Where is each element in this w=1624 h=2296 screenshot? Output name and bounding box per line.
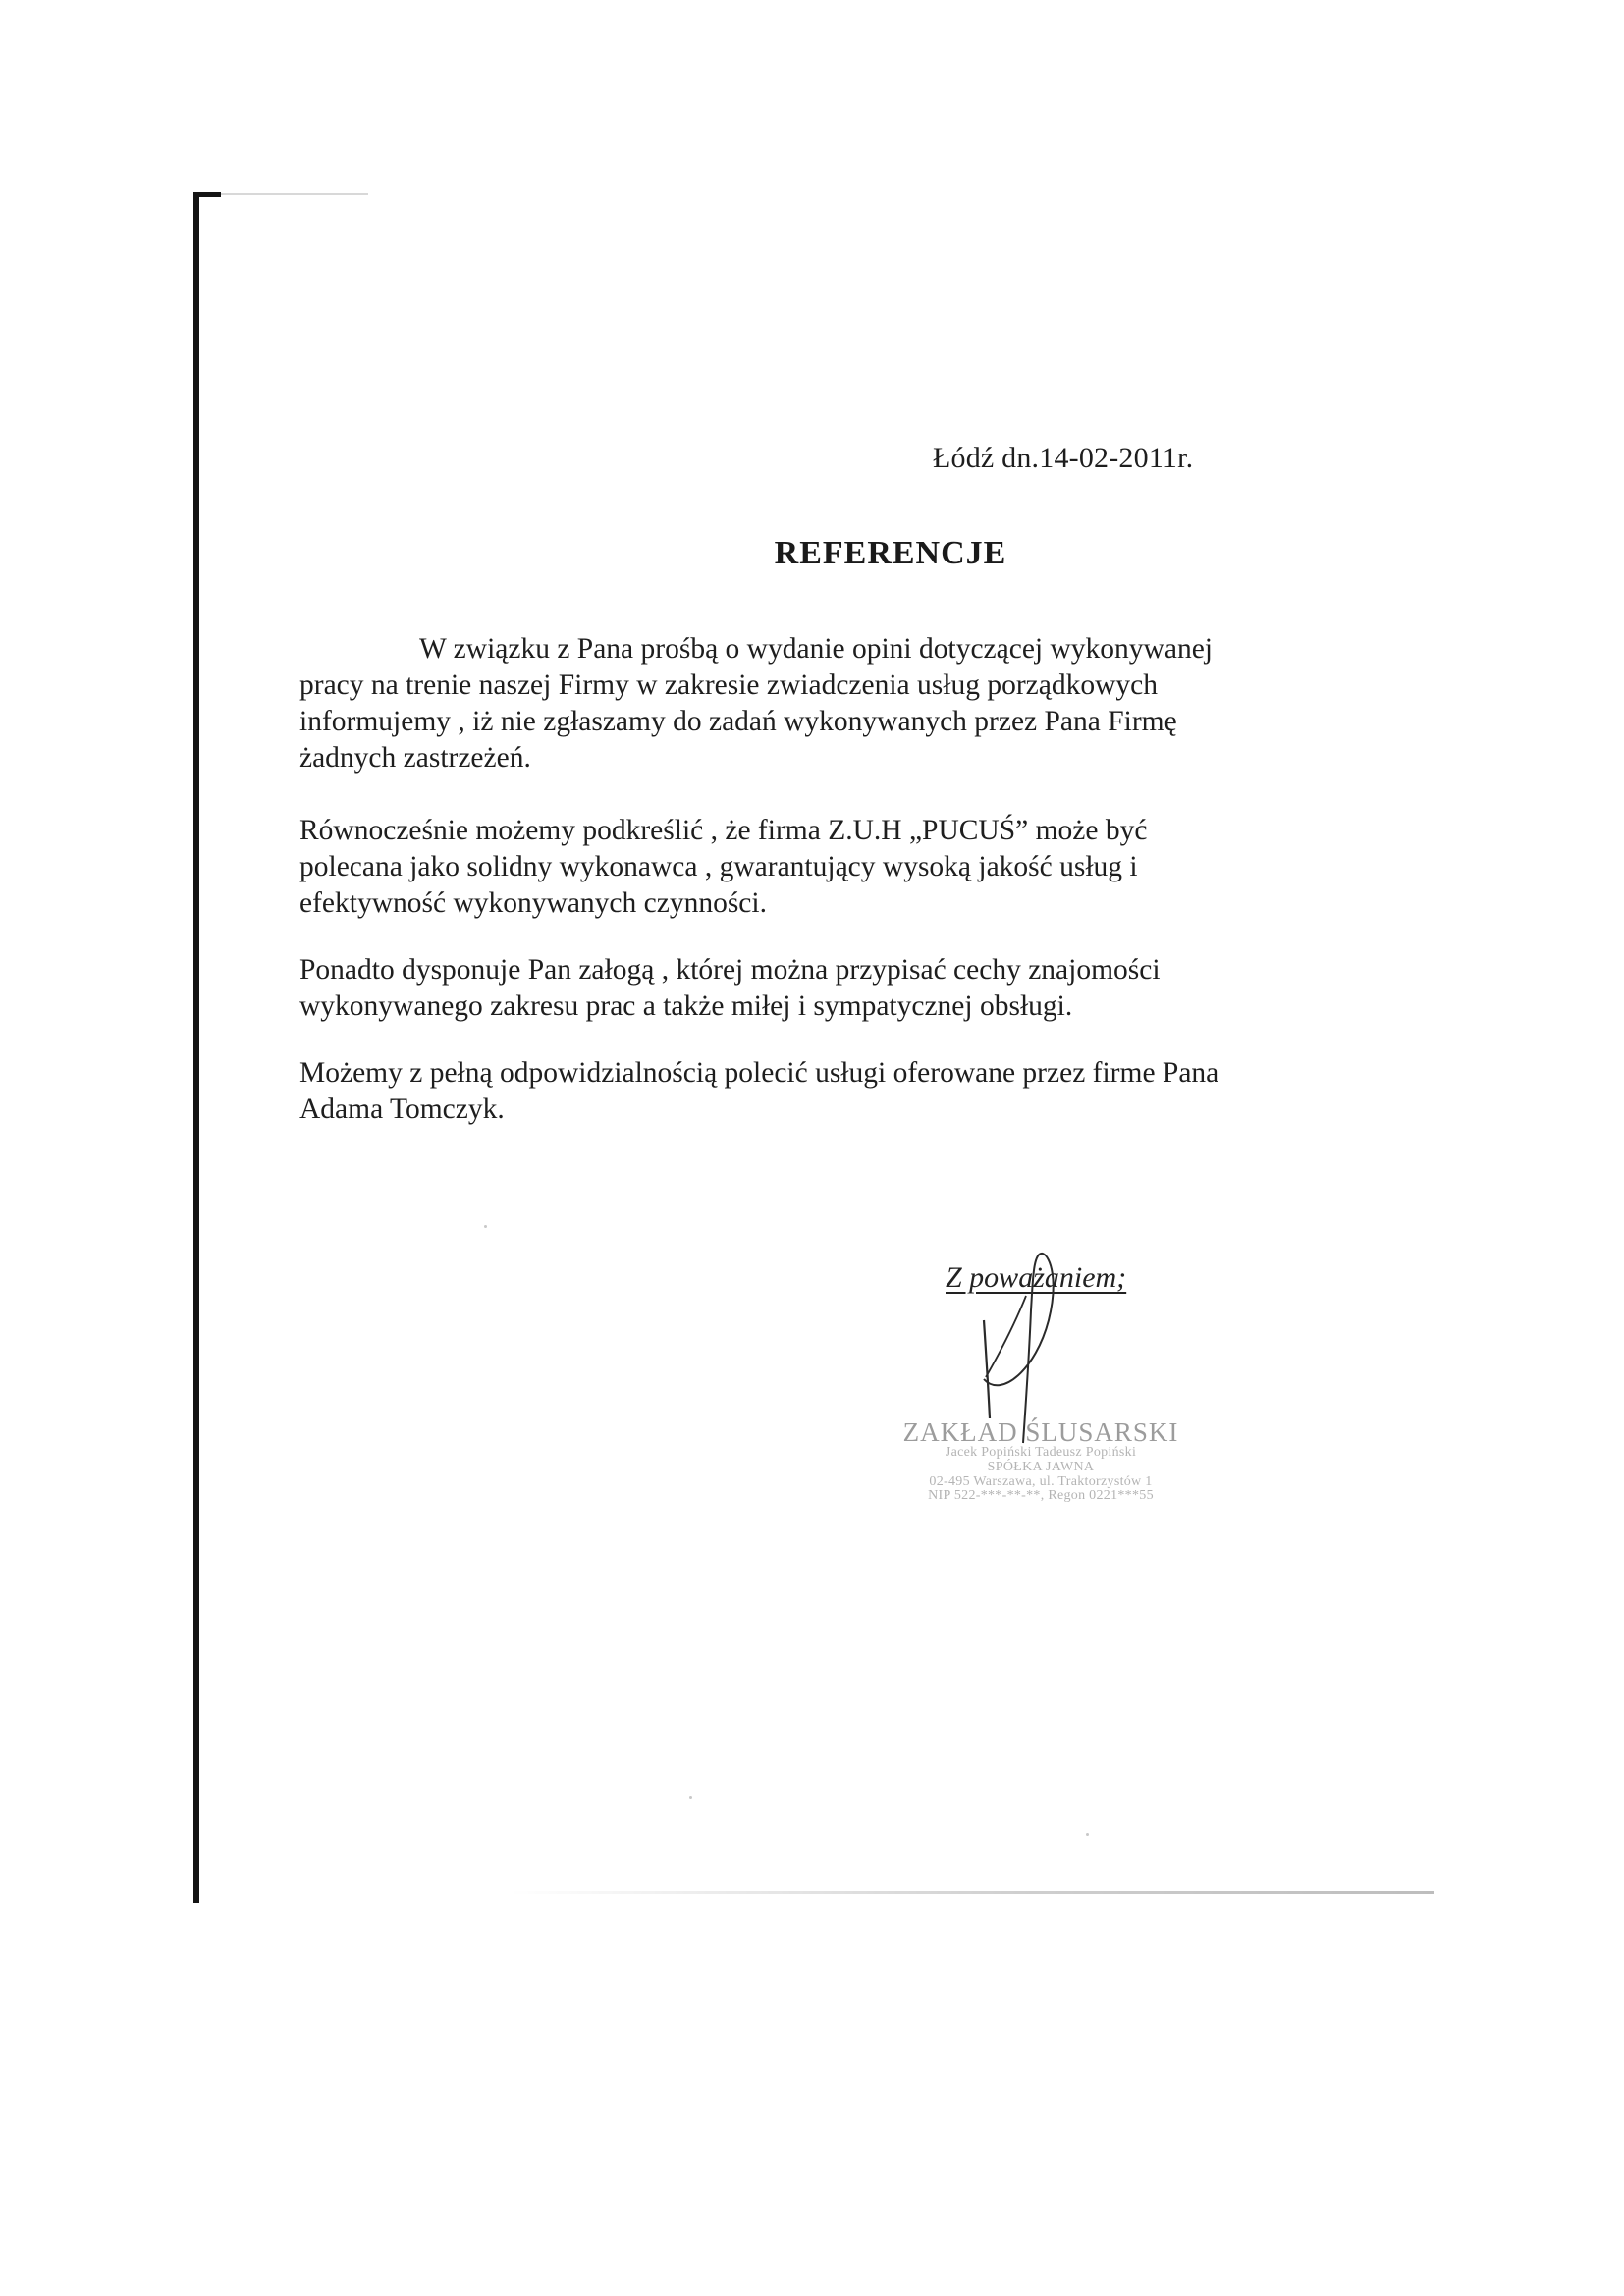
paragraph-line: informujemy , iż nie zgłaszamy do zadań … <box>299 704 1281 740</box>
paragraph-line: Możemy z pełną odpowidzialnością polecić… <box>299 1055 1281 1092</box>
paragraph-line: pracy na trenie naszej Firmy w zakresie … <box>299 667 1281 704</box>
paragraph-line: efektywność wykonywanych czynności. <box>299 885 1281 922</box>
stamp-company-name: ZAKŁAD ŚLUSARSKI <box>893 1418 1188 1446</box>
stamp-line: NIP 522-***-**-**, Regon 0221***55 <box>893 1489 1188 1504</box>
paragraph-line: W związku z Pana prośbą o wydanie opini … <box>299 631 1281 667</box>
paragraph-line: żadnych zastrzeżeń. <box>299 740 1281 776</box>
paragraph-line: Adama Tomczyk. <box>299 1092 1281 1128</box>
paragraph-line: Równocześnie możemy podkreślić , że firm… <box>299 813 1281 849</box>
paragraph-request: W związku z Pana prośbą o wydanie opini … <box>299 631 1281 776</box>
paragraph-staff: Ponadto dysponuje Pan załogą , której mo… <box>299 952 1281 1025</box>
document-title: REFERENCJE <box>0 535 1624 572</box>
paragraph-final-recommendation: Możemy z pełną odpowidzialnością polecić… <box>299 1055 1281 1128</box>
stamp-line: Jacek Popiński Tadeusz Popiński <box>893 1446 1188 1461</box>
scan-speck <box>689 1796 692 1799</box>
company-stamp: ZAKŁAD ŚLUSARSKI Jacek Popiński Tadeusz … <box>893 1418 1188 1504</box>
scan-left-border <box>193 192 199 1903</box>
paragraph-line: Ponadto dysponuje Pan załogą , której mo… <box>299 952 1281 988</box>
place-and-date: Łódź dn.14-02-2011r. <box>933 442 1193 475</box>
paragraph-line: polecana jako solidny wykonawca , gwaran… <box>299 849 1281 885</box>
scan-top-border <box>193 192 221 197</box>
stamp-line: 02-495 Warszawa, ul. Traktorzystów 1 <box>893 1475 1188 1490</box>
scan-bottom-border <box>511 1891 1434 1894</box>
paragraph-recommendation: Równocześnie możemy podkreślić , że firm… <box>299 813 1281 922</box>
paragraph-line: wykonywanego zakresu prac a także miłej … <box>299 988 1281 1025</box>
scan-top-border-faint <box>221 193 368 195</box>
scan-speck <box>1086 1833 1089 1836</box>
scan-speck <box>484 1225 487 1228</box>
stamp-line: SPÓŁKA JAWNA <box>893 1461 1188 1475</box>
